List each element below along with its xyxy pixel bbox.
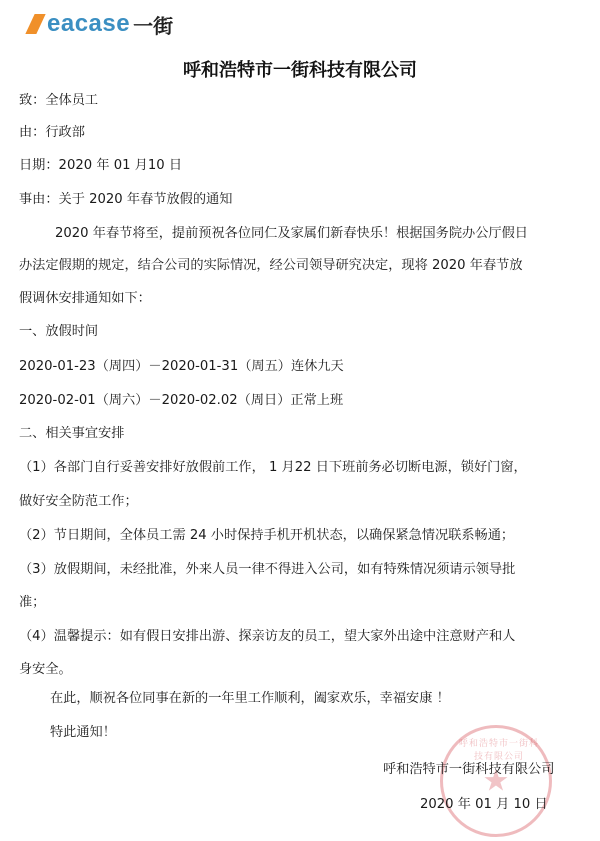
section-heading-holiday-time: 一、放假时间	[19, 323, 98, 341]
closing-wishes: 在此，顺祝各位同事在新的一年里工作顺利，阖家欢乐，幸福安康 ！	[50, 690, 450, 708]
logo-brand-text: eacase	[47, 10, 130, 38]
workday-period-item: 2020-02-01（周六）－2020-02.02（周日）正常上班	[19, 392, 343, 410]
arrangement-line: 身安全。	[19, 661, 72, 679]
arrangement-line: （2）节日期间，全体员工需 24 小时保持手机开机状态，以确保紧急情况联系畅通；	[19, 527, 514, 545]
intro-paragraph-line: 办法定假期的规定，结合公司的实际情况，经公司领导研究决定，现将 2020 年春节…	[19, 257, 523, 275]
arrangement-line: （3）放假期间，未经批准，外来人员一律不得进入公司，如有特殊情况须请示领导批	[19, 561, 515, 579]
holiday-period-item: 2020-01-23（周四）－2020-01-31（周五）连休九天	[19, 358, 344, 376]
signature-date: 2020 年 01 月 10 日	[420, 793, 548, 812]
signature-company: 呼和浩特市一街科技有限公司	[383, 758, 554, 777]
arrangement-line: （4）温馨提示：如有假日安排出游、探亲访友的员工，望大家外出途中注意财产和人	[19, 628, 515, 646]
arrangement-line: 准；	[19, 594, 45, 612]
arrangement-line: （1）各部门自行妥善安排好放假前工作， 1 月22 日下班前务必切断电源，锁好门…	[19, 459, 527, 477]
logo-brand-cn: 一街	[133, 10, 173, 39]
intro-paragraph-line: 假调休安排通知如下：	[19, 290, 151, 308]
arrangement-line: 做好安全防范工作；	[19, 493, 138, 511]
recipient-line: 致：全体员工	[19, 92, 98, 110]
company-logo: eacase 一街	[26, 10, 173, 38]
date-line: 日期：2020 年 01 月10 日	[19, 157, 182, 175]
logo-slash-icon	[25, 14, 45, 34]
subject-line: 事由：关于 2020 年春节放假的通知	[19, 191, 232, 209]
notice-line: 特此通知！	[50, 724, 116, 742]
sender-line: 由：行政部	[19, 124, 85, 142]
section-heading-arrangements: 二、相关事宜安排	[19, 425, 125, 443]
document-title: 呼和浩特市一街科技有限公司	[0, 56, 600, 82]
company-seal-stamp: 呼和浩特市一街科技有限公司 ★	[440, 725, 552, 837]
intro-paragraph-line: 2020 年春节将至，提前预祝各位同仁及家属们新春快乐！根据国务院办公厅假日	[55, 225, 528, 243]
